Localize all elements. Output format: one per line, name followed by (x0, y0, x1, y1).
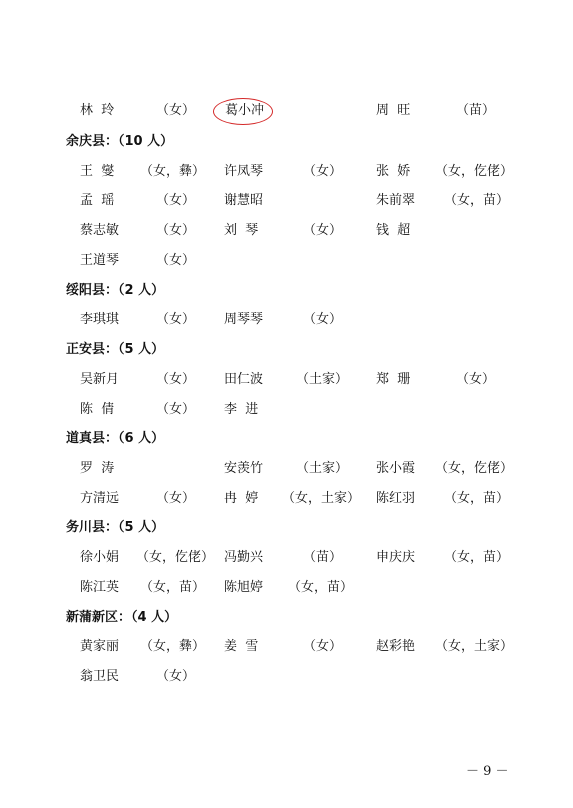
person-name: 申庆庆 (376, 548, 415, 568)
person-name: 刘 琴 (224, 221, 258, 241)
person-note: （女） (156, 221, 195, 241)
person-name: 徐小娟 (80, 548, 119, 568)
person-name: 陈红羽 (376, 489, 415, 509)
person-note: （女，土家） (435, 637, 513, 657)
name-row: 王 燮 （女，彝） 许凤琴 （女） 张 娇 （女，仡佬） (0, 162, 573, 182)
person-name: 赵彩艳 (376, 637, 415, 657)
name-row: 方清远 （女） 冉 婷 （女，土家） 陈红羽 （女，苗） (0, 489, 573, 509)
person-name: 钱 超 (376, 221, 410, 241)
person-name: 李 进 (224, 400, 258, 420)
person-name: 王道琴 (80, 251, 119, 271)
person-name: 翁卫民 (80, 667, 119, 687)
person-name: 田仁波 (224, 370, 263, 390)
person-name: 陈 倩 (80, 400, 114, 420)
name-row: 王道琴 （女） (0, 251, 573, 271)
person-note: （女，土家） (282, 489, 360, 509)
person-note: （女） (303, 221, 342, 241)
name-row: 蔡志敏 （女） 刘 琴 （女） 钱 超 (0, 221, 573, 241)
person-note: （女，彝） (140, 162, 205, 182)
person-name: 林 玲 (80, 101, 114, 121)
person-name: 张 娇 (376, 162, 410, 182)
person-name: 姜 雪 (224, 637, 258, 657)
person-note: （女） (156, 667, 195, 687)
person-note: （女） (303, 310, 342, 330)
person-name: 安羡竹 (224, 459, 263, 479)
person-note: （土家） (296, 459, 348, 479)
person-note: （女） (156, 191, 195, 211)
person-note: （女） (303, 162, 342, 182)
person-name: 冉 婷 (224, 489, 258, 509)
person-note: （女） (156, 101, 195, 121)
person-name: 蔡志敏 (80, 221, 119, 241)
person-note: （女，仡佬） (435, 162, 513, 182)
red-circle-annotation (213, 98, 273, 125)
name-row: 孟 瑶 （女） 谢慧昭 朱前翠 （女，苗） (0, 191, 573, 211)
name-row: 徐小娟 （女，仡佬） 冯勤兴 （苗） 申庆庆 （女，苗） (0, 548, 573, 568)
person-note: （女，仡佬） (136, 548, 214, 568)
person-note: （女，苗） (140, 578, 205, 598)
name-row: 吴新月 （女） 田仁波 （土家） 郑 珊 （女） (0, 370, 573, 390)
person-note: （女，苗） (444, 191, 509, 211)
name-row: 黄家丽 （女，彝） 姜 雪 （女） 赵彩艳 （女，土家） (0, 637, 573, 657)
person-name: 罗 涛 (80, 459, 114, 479)
person-note: （女，苗） (444, 489, 509, 509)
person-note: （苗） (303, 548, 342, 568)
name-row: 罗 涛 安羡竹 （土家） 张小霞 （女，仡佬） (0, 459, 573, 479)
person-name: 李琪琪 (80, 310, 119, 330)
person-note: （女） (156, 251, 195, 271)
person-note: （女） (156, 489, 195, 509)
section-heading: 绥阳县：（2 人） (66, 281, 164, 301)
person-note: （女） (156, 310, 195, 330)
person-note: （女） (156, 370, 195, 390)
section-heading: 道真县：（6 人） (66, 429, 164, 449)
page-number: － 9 － (466, 760, 509, 779)
name-row: 陈 倩 （女） 李 进 (0, 400, 573, 420)
section-heading: 正安县：（5 人） (66, 340, 164, 360)
person-name: 周 旺 (376, 101, 410, 121)
name-row: 李琪琪 （女） 周琴琴 （女） (0, 310, 573, 330)
person-name: 方清远 (80, 489, 119, 509)
person-note: （女，苗） (288, 578, 353, 598)
person-name: 郑 珊 (376, 370, 410, 390)
name-row: 翁卫民 （女） (0, 667, 573, 687)
person-name: 周琴琴 (224, 310, 263, 330)
person-name: 黄家丽 (80, 637, 119, 657)
name-row: 林 玲 （女） 葛小冲 周 旺 （苗） (0, 101, 573, 121)
person-name: 许凤琴 (224, 162, 263, 182)
person-note: （苗） (456, 101, 495, 121)
person-name: 王 燮 (80, 162, 114, 182)
person-name: 冯勤兴 (224, 548, 263, 568)
person-note: （女） (156, 400, 195, 420)
person-name: 孟 瑶 (80, 191, 114, 211)
person-note: （女） (456, 370, 495, 390)
person-name: 陈江英 (80, 578, 119, 598)
person-note: （女） (303, 637, 342, 657)
section-heading: 新蒲新区：（4 人） (66, 608, 177, 628)
person-name: 谢慧昭 (224, 191, 263, 211)
section-heading: 务川县：（5 人） (66, 518, 164, 538)
person-note: （土家） (296, 370, 348, 390)
section-heading: 余庆县：（10 人） (66, 132, 173, 152)
name-row: 陈江英 （女，苗） 陈旭婷 （女，苗） (0, 578, 573, 598)
person-name: 吴新月 (80, 370, 119, 390)
person-note: （女，彝） (140, 637, 205, 657)
person-note: （女，苗） (444, 548, 509, 568)
person-name: 陈旭婷 (224, 578, 263, 598)
person-name: 朱前翠 (376, 191, 415, 211)
person-note: （女，仡佬） (435, 459, 513, 479)
person-name: 张小霞 (376, 459, 415, 479)
